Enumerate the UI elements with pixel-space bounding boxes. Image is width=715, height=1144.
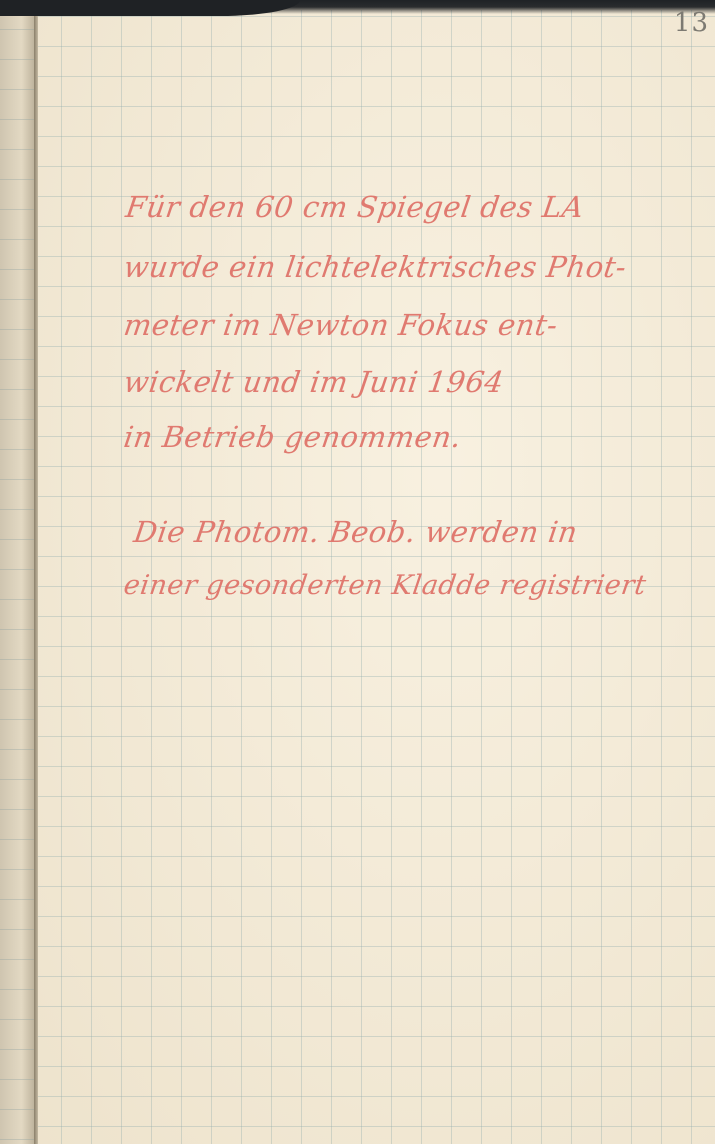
handwritten-line-4: wickelt und im Juni 1964 (122, 365, 506, 399)
handwritten-line-3: meter im Newton Fokus ent- (122, 308, 560, 342)
handwritten-line-6: Die Photom. Beob. werden in (132, 515, 580, 549)
facing-page-edge (0, 0, 36, 1144)
page-number: 13 (674, 8, 709, 38)
book-gutter (34, 0, 38, 1144)
book-top-shadow (0, 0, 715, 14)
handwritten-line-1: Für den 60 cm Spiegel des LA (124, 190, 586, 224)
handwritten-line-7: einer gesonderten Kladde registriert (122, 570, 648, 601)
handwritten-line-5: in Betrieb genommen. (122, 420, 464, 454)
handwritten-line-2: wurde ein lichtelektrisches Phot- (122, 250, 629, 284)
